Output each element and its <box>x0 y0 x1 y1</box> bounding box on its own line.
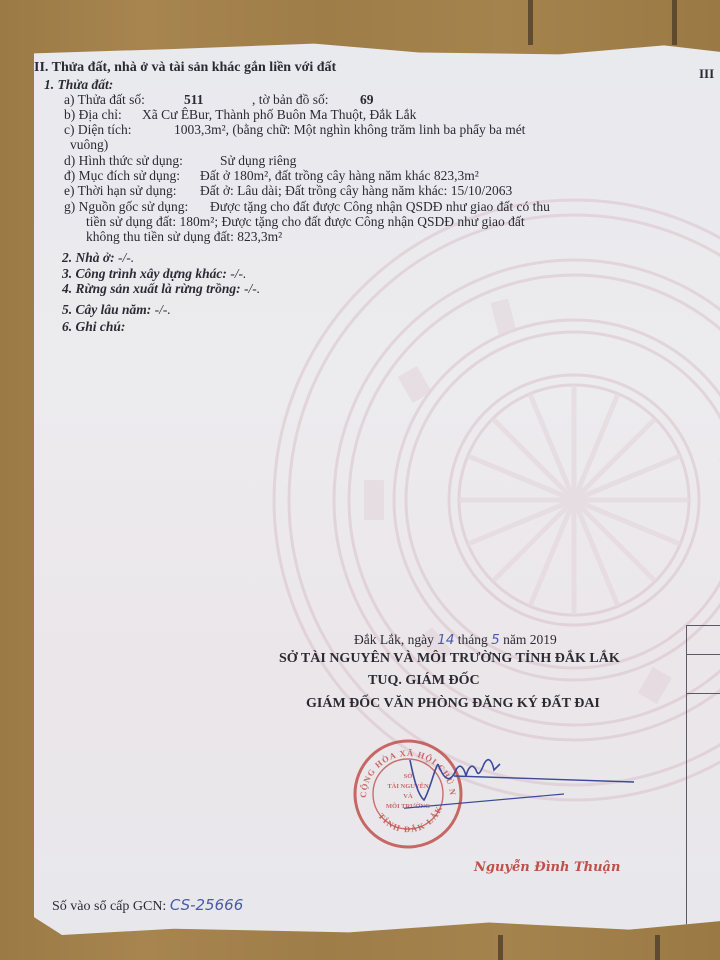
land-certificate-page: III II. Thửa đất, nhà ở và tài sản khác … <box>34 40 720 935</box>
usage-origin-value-3: không thu tiền sử dụng đất: 823,3m² <box>86 229 282 244</box>
usage-origin-value-2: tiền sử dụng đất: 180m²; Được tặng cho đ… <box>86 214 525 229</box>
area-label: c) Diện tích: <box>64 122 131 137</box>
issuing-org: SỞ TÀI NGUYÊN VÀ MÔI TRƯỜNG TỈNH ĐẮK LẮK <box>279 651 620 666</box>
section-iii-header: III <box>699 66 714 82</box>
table-plank-gap <box>672 0 677 45</box>
usage-form-value: Sử dụng riêng <box>220 153 296 168</box>
on-behalf-title: TUQ. GIÁM ĐỐC <box>368 673 480 688</box>
table-plank-gap <box>498 935 503 960</box>
area-value: 1003,3m², (bằng chữ: Một nghìn không tră… <box>174 122 525 137</box>
handwritten-signature <box>404 740 634 810</box>
table-plank-gap <box>655 935 660 960</box>
signer-name: Nguyễn Đình Thuận <box>474 860 620 875</box>
usage-origin-value-1: Được tặng cho đất được Công nhận QSDĐ nh… <box>210 199 550 214</box>
item-house: 2. Nhà ở: -/-. <box>62 250 134 265</box>
section-title: II. Thửa đất, nhà ở và tài sản khác gắn … <box>34 60 336 75</box>
table-row <box>687 626 720 655</box>
issue-month: 5 <box>491 632 500 648</box>
area-value-continued: vuông) <box>70 137 108 152</box>
parcel-number-value: 511 <box>184 92 204 107</box>
usage-purpose-value: Đất ở 180m², đất trồng cây hàng năm khác… <box>200 168 479 183</box>
section-iii-table <box>686 625 720 932</box>
parcel-heading: 1. Thửa đất: <box>44 77 113 92</box>
item-notes: 6. Ghi chú: <box>62 319 125 334</box>
usage-form-label: d) Hình thức sử dụng: <box>64 153 183 168</box>
issue-date: Đắk Lắk, ngày 14 tháng 5 năm 2019 <box>354 632 557 648</box>
item-other-construction: 3. Công trình xây dựng khác: -/-. <box>62 266 246 281</box>
item-production-forest: 4. Rừng sản xuất là rừng trồng: -/-. <box>62 281 260 296</box>
address-value: Xã Cư ÊBur, Thành phố Buôn Ma Thuột, Đắk… <box>142 107 416 122</box>
table-plank-gap <box>528 0 533 45</box>
issue-day: 14 <box>437 632 454 648</box>
table-row <box>687 655 720 694</box>
parcel-number-label: a) Thửa đất số: <box>64 92 145 107</box>
registry-number: Số vào sổ cấp GCN: CS-25666 <box>52 898 243 914</box>
usage-origin-label: g) Nguồn gốc sử dụng: <box>64 199 188 214</box>
item-perennial-trees: 5. Cây lâu năm: -/-. <box>62 302 171 317</box>
registry-number-value: CS-25666 <box>170 896 243 914</box>
map-sheet-value: 69 <box>360 92 374 107</box>
signer-title: GIÁM ĐỐC VĂN PHÒNG ĐĂNG KÝ ĐẤT ĐAI <box>306 696 600 711</box>
usage-term-label: e) Thời hạn sử dụng: <box>64 183 176 198</box>
usage-term-value: Đất ở: Lâu dài; Đất trồng cây hàng năm k… <box>200 183 512 198</box>
usage-purpose-label: đ) Mục đích sử dụng: <box>64 168 180 183</box>
map-sheet-label: , tờ bản đồ số: <box>252 92 329 107</box>
address-label: b) Địa chỉ: <box>64 107 122 122</box>
